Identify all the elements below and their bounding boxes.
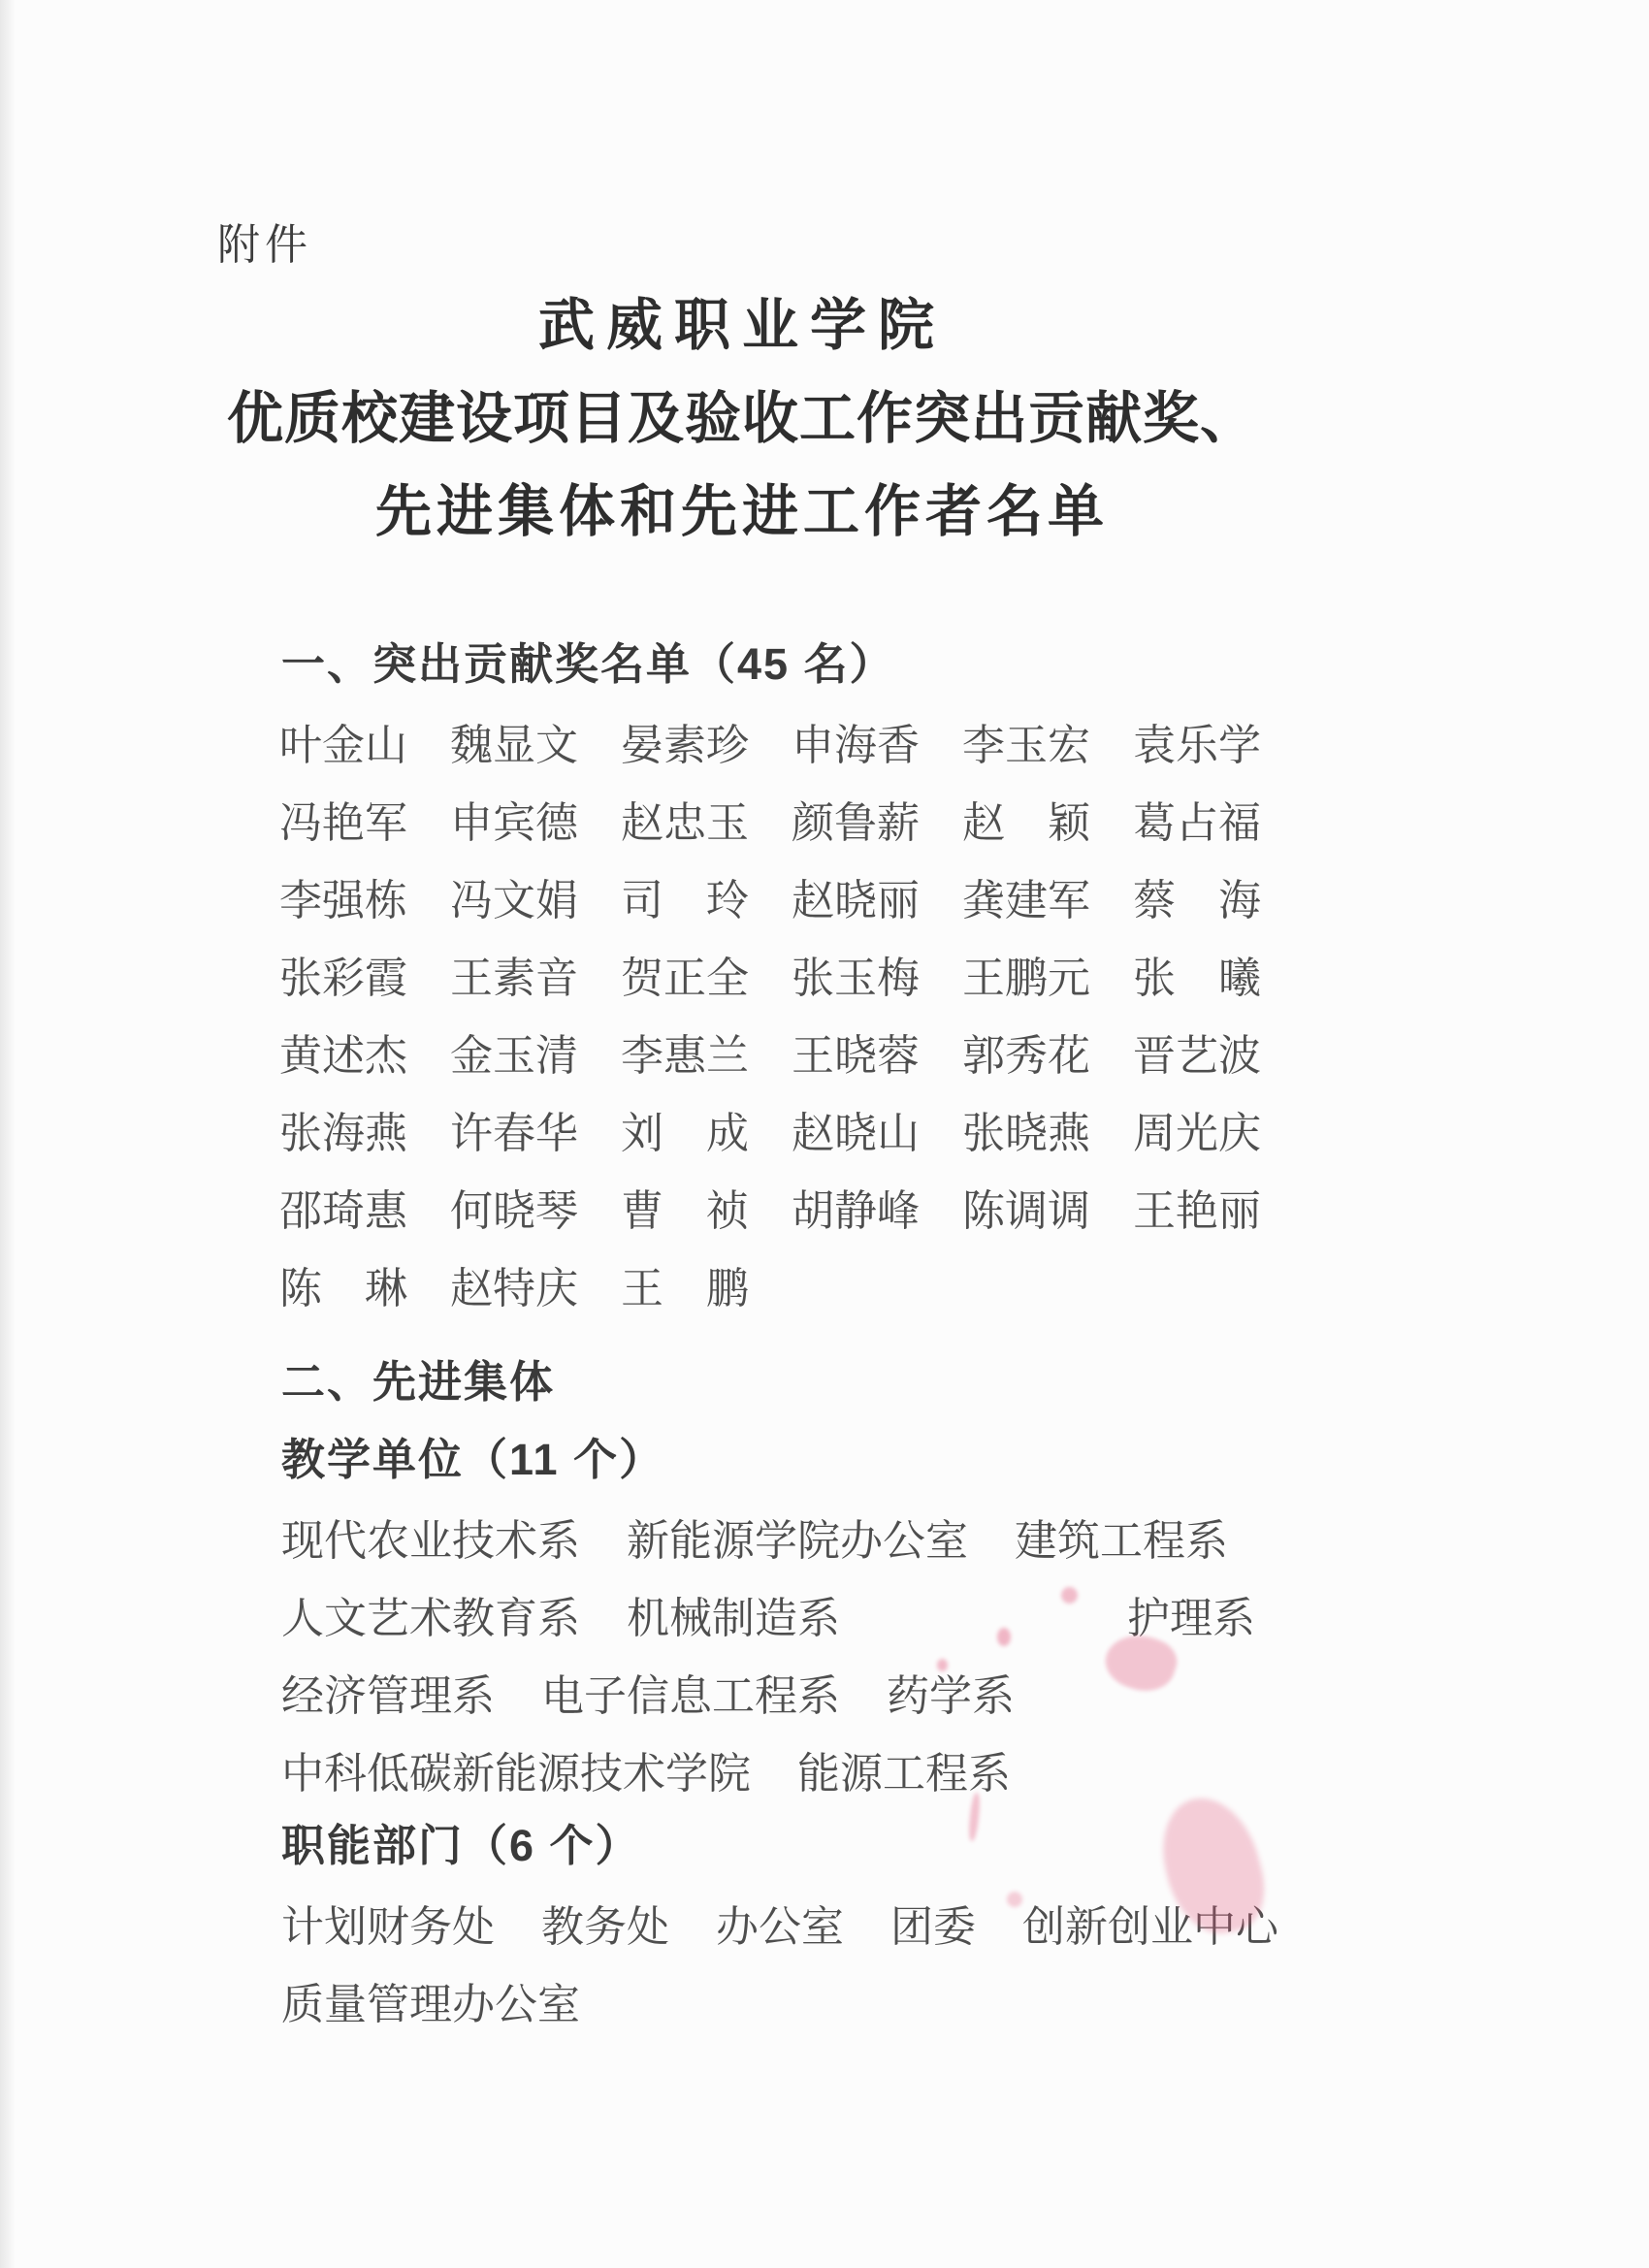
awardee-name: 郭秀花 [962, 1021, 1094, 1083]
award-row: 陈 琳 赵特庆 王 鹏 [279, 1253, 1265, 1331]
dept-name: 创新创业中心 [1022, 1892, 1278, 1954]
awardee-name: 胡静峰 [792, 1176, 923, 1238]
award-row: 李强栋 冯文娟 司 玲 赵晓丽 龚建军 蔡 海 [279, 865, 1265, 943]
functional-depts-line: 质量管理办公室 [281, 1969, 580, 2031]
unit-name: 护理系 [1127, 1583, 1255, 1645]
awardee-name: 晏素珍 [621, 710, 753, 772]
award-row: 叶金山 魏显文 晏素珍 申海香 李玉宏 袁乐学 [279, 710, 1265, 788]
awardee-name: 王 鹏 [621, 1253, 753, 1315]
awardee-name: 赵特庆 [450, 1253, 582, 1315]
dept-name: 质量管理办公室 [281, 1969, 580, 2031]
document-title: 武威职业学院 优质校建设项目及验收工作突出贡献奖、 先进集体和先进工作者名单 [145, 279, 1339, 559]
awardee-name: 许春华 [450, 1098, 582, 1160]
unit-name: 机械制造系 [627, 1583, 840, 1645]
teaching-units-line: 人文艺术教育系 机械制造系 护理系 [281, 1583, 1255, 1645]
awardee-name: 曹 祯 [621, 1176, 753, 1238]
awardee-name: 张晓燕 [962, 1098, 1094, 1160]
awardee-name: 何晓琴 [450, 1176, 582, 1238]
awardee-name: 张彩霞 [279, 943, 411, 1005]
unit-name: 电子信息工程系 [541, 1661, 840, 1723]
unit-name: 经济管理系 [281, 1661, 495, 1723]
awardee-name: 颜鲁薪 [792, 788, 923, 850]
document-title-line-1: 武威职业学院 [145, 279, 1339, 373]
award-row: 黄述杰 金玉清 李惠兰 王晓蓉 郭秀花 晋艺波 [279, 1021, 1265, 1098]
awardee-name: 邵琦惠 [279, 1176, 411, 1238]
awardee-name: 冯文娟 [450, 865, 582, 927]
teaching-units-line: 现代农业技术系 新能源学院办公室 建筑工程系 [281, 1506, 1228, 1568]
awardee-name: 李玉宏 [962, 710, 1094, 772]
section-1-heading: 一、突出贡献奖名单（45 名） [281, 629, 895, 692]
awardee-name: 金玉清 [450, 1021, 582, 1083]
awardee-name: 张 曦 [1133, 943, 1265, 1005]
dept-name: 办公室 [716, 1892, 844, 1954]
unit-name: 新能源学院办公室 [627, 1506, 968, 1568]
awardee-name: 陈调调 [962, 1176, 1094, 1238]
awardee-name: 冯艳军 [279, 788, 411, 850]
awardee-name: 晋艺波 [1133, 1021, 1265, 1083]
awardee-name: 赵晓山 [792, 1098, 923, 1160]
awardee-name: 赵忠玉 [621, 788, 753, 850]
awardee-name: 黄述杰 [279, 1021, 411, 1083]
awardee-name: 李惠兰 [621, 1021, 753, 1083]
teaching-units-line: 中科低碳新能源技术学院 能源工程系 [281, 1738, 1011, 1800]
document-title-line-3: 先进集体和先进工作者名单 [145, 466, 1339, 559]
awardee-name: 龚建军 [962, 865, 1094, 927]
awardee-name: 陈 琳 [279, 1253, 411, 1315]
unit-name: 能源工程系 [797, 1738, 1011, 1800]
unit-name: 药学系 [887, 1661, 1015, 1723]
awardee-name: 张海燕 [279, 1098, 411, 1160]
functional-depts-heading: 职能部门（6 个） [281, 1810, 641, 1873]
award-names-grid: 叶金山 魏显文 晏素珍 申海香 李玉宏 袁乐学 冯艳军 申宾德 赵忠玉 颜鲁薪 … [279, 710, 1265, 1331]
awardee-name: 申宾德 [450, 788, 582, 850]
teaching-units-heading: 教学单位（11 个） [281, 1424, 664, 1487]
section-2-heading: 二、先进集体 [281, 1346, 555, 1409]
awardee-name: 魏显文 [450, 710, 582, 772]
award-row: 张海燕 许春华 刘 成 赵晓山 张晓燕 周光庆 [279, 1098, 1265, 1176]
awardee-name: 申海香 [792, 710, 923, 772]
awardee-name: 李强栋 [279, 865, 411, 927]
teaching-units-line: 经济管理系 电子信息工程系 药学系 [281, 1661, 1015, 1723]
functional-depts-line: 计划财务处 教务处 办公室 团委 创新创业中心 [281, 1892, 1278, 1954]
awardee-name: 王鹏元 [962, 943, 1094, 1005]
awardee-name: 周光庆 [1133, 1098, 1265, 1160]
attachment-label: 附件 [217, 210, 312, 272]
award-row: 冯艳军 申宾德 赵忠玉 颜鲁薪 赵 颖 葛占福 [279, 788, 1265, 865]
awardee-name: 司 玲 [621, 865, 753, 927]
awardee-name: 王素音 [450, 943, 582, 1005]
awardee-name: 赵 颖 [962, 788, 1094, 850]
awardee-name: 刘 成 [621, 1098, 753, 1160]
awardee-name: 袁乐学 [1133, 710, 1265, 772]
awardee-name: 蔡 海 [1133, 865, 1265, 927]
awardee-name: 王晓蓉 [792, 1021, 923, 1083]
dept-name: 团委 [890, 1892, 976, 1954]
awardee-name: 葛占福 [1133, 788, 1265, 850]
dept-name: 计划财务处 [281, 1892, 495, 1954]
awardee-name: 张玉梅 [792, 943, 923, 1005]
awardee-name: 贺正全 [621, 943, 753, 1005]
paper-edge-shade [0, 0, 16, 2268]
unit-name: 中科低碳新能源技术学院 [281, 1738, 751, 1800]
dept-name: 教务处 [541, 1892, 669, 1954]
award-row: 张彩霞 王素音 贺正全 张玉梅 王鹏元 张 曦 [279, 943, 1265, 1021]
unit-name: 人文艺术教育系 [281, 1583, 580, 1645]
unit-name: 现代农业技术系 [281, 1506, 580, 1568]
unit-name: 建筑工程系 [1015, 1506, 1228, 1568]
document-title-line-2: 优质校建设项目及验收工作突出贡献奖、 [145, 373, 1339, 466]
awardee-name: 叶金山 [279, 710, 411, 772]
awardee-name: 王艳丽 [1133, 1176, 1265, 1238]
award-row: 邵琦惠 何晓琴 曹 祯 胡静峰 陈调调 王艳丽 [279, 1176, 1265, 1253]
awardee-name: 赵晓丽 [792, 865, 923, 927]
